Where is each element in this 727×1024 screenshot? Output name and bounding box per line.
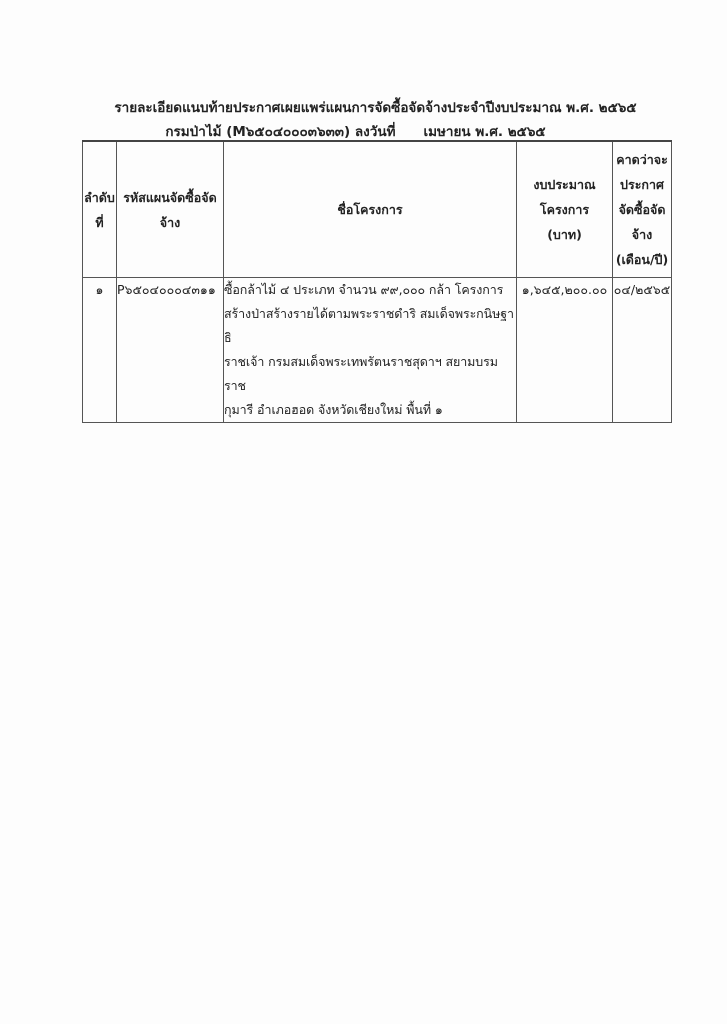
header-plan-code: รหัสแผนจัดซื้อจัด จ้าง	[117, 141, 224, 278]
row-sequence: ๑	[83, 278, 117, 423]
header-project-name: ชื่อโครงการ	[224, 141, 517, 278]
table-row: ๑ P๖๕๐๔๐๐๐๔๓๑๑ ซื้อกล้าไม้ ๔ ประเภท จำนว…	[83, 278, 672, 423]
row-expected-month: ๐๔/๒๕๖๕	[613, 278, 672, 423]
header-budget: งบประมาณ โครงการ (บาท)	[517, 141, 613, 278]
month-year: เมษายน พ.ศ. ๒๕๖๕	[423, 124, 545, 140]
header-expected-month: คาดว่าจะ ประกาศ จัดซื้อจัด จ้าง (เดือน/ป…	[613, 141, 672, 278]
table-header-row: ลำดับ ที่ รหัสแผนจัดซื้อจัด จ้าง ชื่อโคร…	[83, 141, 672, 278]
row-plan-code: P๖๕๐๔๐๐๐๔๓๑๑	[117, 278, 224, 423]
document-subtitle: กรมป่าไม้ (M๖๕๐๔๐๐๐๓๖๓๓) ลงวันที่เมษายน …	[0, 120, 719, 142]
department-and-date-label: กรมป่าไม้ (M๖๕๐๔๐๐๐๓๖๓๓) ลงวันที่	[165, 124, 395, 140]
row-budget: ๑,๖๔๕,๒๐๐.๐๐	[517, 278, 613, 423]
document-page: รายละเอียดแนบท้ายประกาศเผยแพร่แผนการจัดซ…	[0, 0, 727, 1024]
document-title: รายละเอียดแนบท้ายประกาศเผยแพร่แผนการจัดซ…	[12, 96, 727, 118]
procurement-plan-table: ลำดับ ที่ รหัสแผนจัดซื้อจัด จ้าง ชื่อโคร…	[82, 140, 672, 423]
row-project-name: ซื้อกล้าไม้ ๔ ประเภท จำนวน ๙๙,๐๐๐ กล้า โ…	[224, 278, 517, 423]
header-sequence: ลำดับ ที่	[83, 141, 117, 278]
